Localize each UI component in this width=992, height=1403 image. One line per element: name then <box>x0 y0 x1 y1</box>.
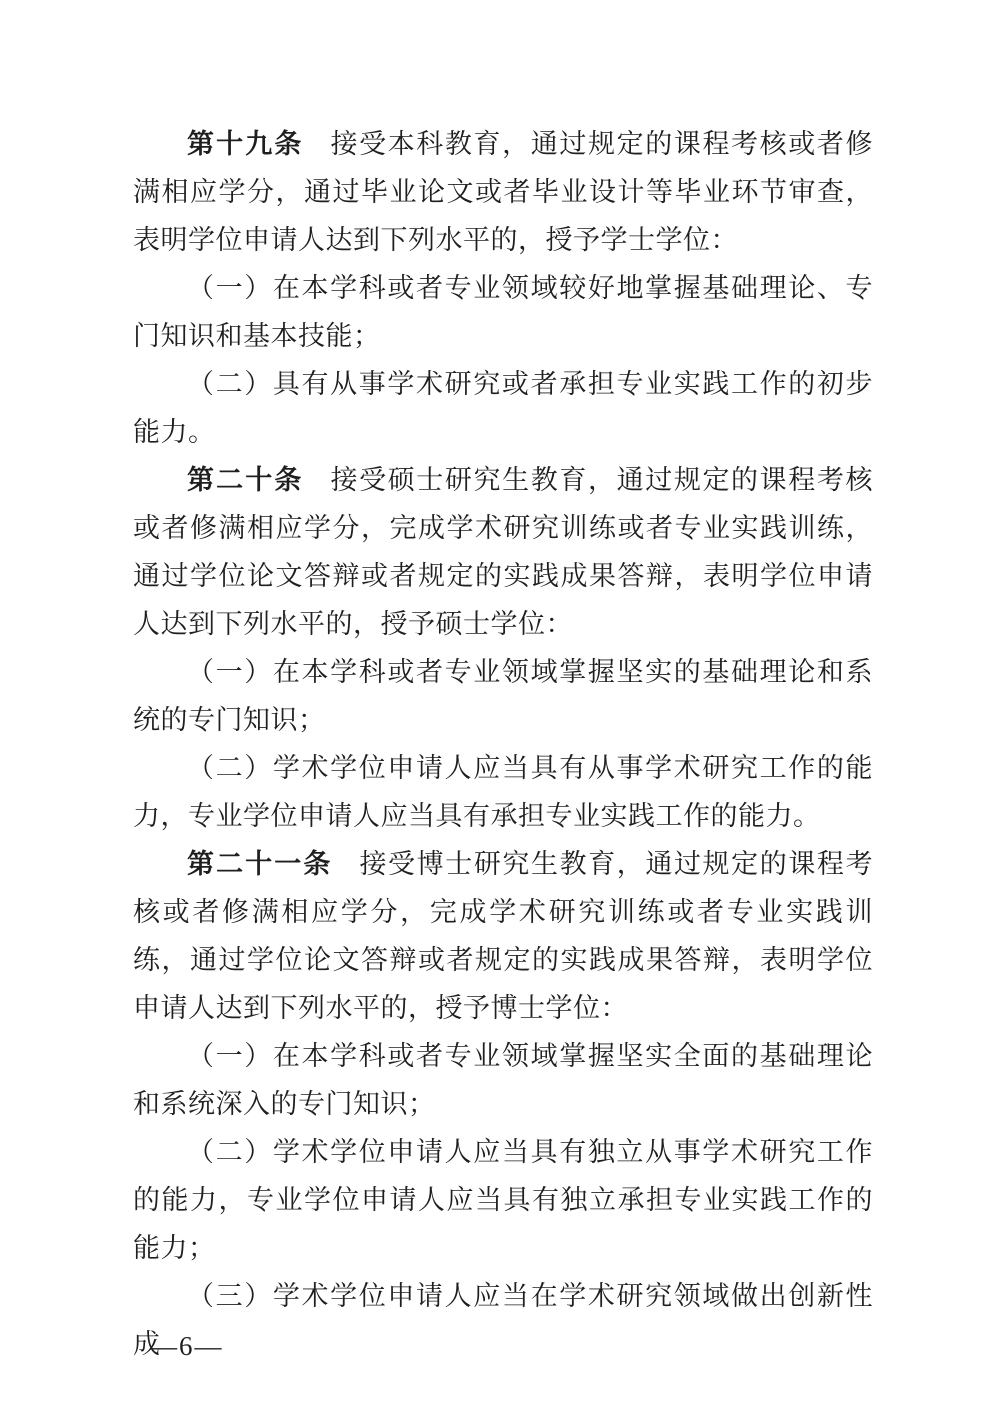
document-page: 第十九条接受本科教育，通过规定的课程考核或者修满相应学分，通过毕业论文或者毕业设… <box>0 0 992 1403</box>
paragraph: 第二十条接受硕士研究生教育，通过规定的课程考核或者修满相应学分，完成学术研究训练… <box>133 456 873 648</box>
article-number: 第十九条 <box>187 129 303 159</box>
paragraph: （二）学术学位申请人应当具有从事学术研究工作的能力，专业学位申请人应当具有承担专… <box>133 744 873 840</box>
paragraph-text: （二）学术学位申请人应当具有从事学术研究工作的能力，专业学位申请人应当具有承担专… <box>133 753 873 831</box>
paragraph-text: （一）在本学科或者专业领域掌握坚实全面的基础理论和系统深入的专门知识； <box>133 1041 873 1119</box>
paragraph: （一）在本学科或者专业领域较好地掌握基础理论、专门知识和基本技能； <box>133 264 873 360</box>
paragraph-text: （二）具有从事学术研究或者承担专业实践工作的初步能力。 <box>133 369 873 447</box>
paragraph-text: （二）学术学位申请人应当具有独立从事学术研究工作的能力，专业学位申请人应当具有独… <box>133 1137 873 1263</box>
paragraph: （三）学术学位申请人应当在学术研究领域做出创新性成 <box>133 1272 873 1368</box>
document-body: 第十九条接受本科教育，通过规定的课程考核或者修满相应学分，通过毕业论文或者毕业设… <box>133 120 873 1368</box>
paragraph: （二）学术学位申请人应当具有独立从事学术研究工作的能力，专业学位申请人应当具有独… <box>133 1128 873 1272</box>
paragraph: （一）在本学科或者专业领域掌握坚实的基础理论和系统的专门知识； <box>133 648 873 744</box>
paragraph: （二）具有从事学术研究或者承担专业实践工作的初步能力。 <box>133 360 873 456</box>
paragraph-text: （一）在本学科或者专业领域较好地掌握基础理论、专门知识和基本技能； <box>133 273 873 351</box>
paragraph: 第二十一条接受博士研究生教育，通过规定的课程考核或者修满相应学分，完成学术研究训… <box>133 840 873 1032</box>
paragraph-text: （三）学术学位申请人应当在学术研究领域做出创新性成 <box>133 1281 873 1359</box>
article-number: 第二十一条 <box>187 849 332 879</box>
paragraph: 第十九条接受本科教育，通过规定的课程考核或者修满相应学分，通过毕业论文或者毕业设… <box>133 120 873 264</box>
paragraph: （一）在本学科或者专业领域掌握坚实全面的基础理论和系统深入的专门知识； <box>133 1032 873 1128</box>
page-number: —6— <box>150 1331 224 1362</box>
article-number: 第二十条 <box>187 465 303 495</box>
paragraph-text: （一）在本学科或者专业领域掌握坚实的基础理论和系统的专门知识； <box>133 657 873 735</box>
